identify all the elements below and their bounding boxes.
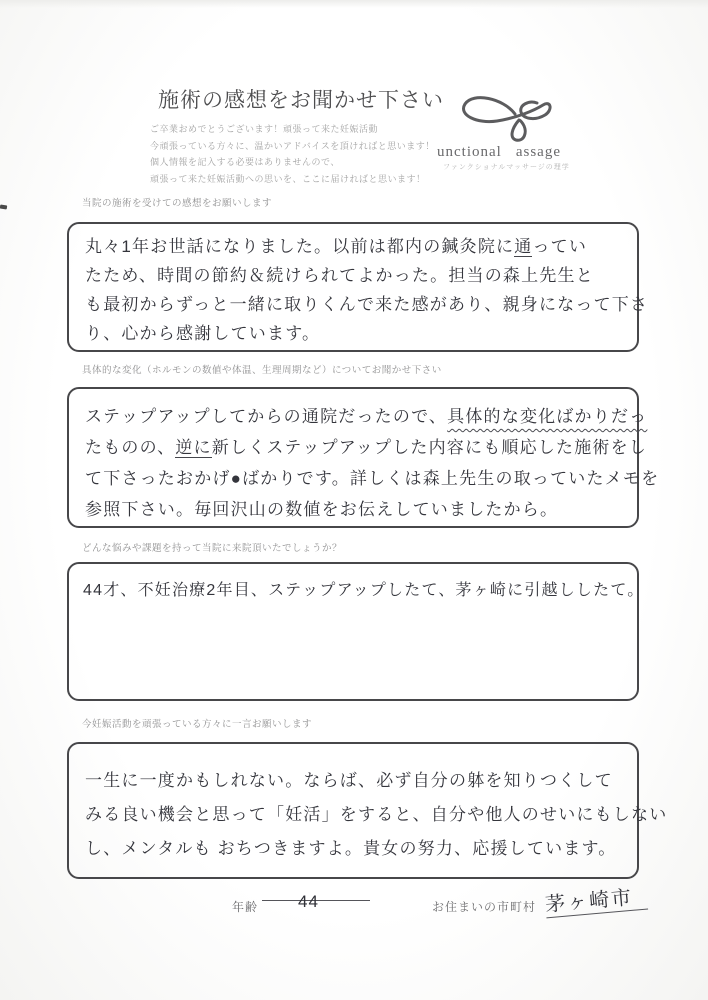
handwritten-line: 一生に一度かもしれない。ならば、必ず自分の躰を知りつくして	[85, 764, 621, 798]
handwritten-line: 44才、不妊治療2年目、ステップアップしたて、茅ヶ崎に引越ししたて。	[83, 576, 623, 606]
intro-line: 頑張って来た妊娠活動への思いを、ここに届ければと思います！	[150, 171, 440, 188]
answer-box-3: 44才、不妊治療2年目、ステップアップしたて、茅ヶ崎に引越ししたて。	[67, 562, 639, 701]
clinic-name-part: assage	[516, 144, 561, 160]
city-label: お住まいの市町村	[432, 898, 536, 915]
question-4-label: 今妊娠活動を頑張っている方々に一言お願いします	[82, 716, 602, 730]
handwritten-line: し、メンタルも おちつきますよ。貴女の努力、応援しています。	[85, 832, 621, 866]
handwritten-line: たため、時間の節約＆続けられてよかった。担当の森上先生と	[85, 261, 621, 290]
answer-box-4: 一生に一度かもしれない。ならば、必ず自分の躰を知りつくして みる良い機会と思って…	[67, 742, 639, 879]
handwritten-line: ステップアップしてからの通院だったので、具体的な変化ばかりだっ	[85, 401, 621, 432]
question-3-label: どんな悩みや課題を持って当院に来院頂いたでしょうか？	[82, 540, 602, 554]
clinic-name: unctionalassage	[437, 144, 617, 161]
question-1-label: 当院の施術を受けての感想をお願いします	[82, 195, 602, 209]
scan-edge-shadow	[0, 0, 708, 8]
form-title: 施術の感想をお聞かせ下さい	[158, 84, 458, 114]
age-label: 年齢	[232, 898, 258, 915]
answer-box-2: ステップアップしてからの通院だったので、具体的な変化ばかりだっ たものの、逆に新…	[67, 387, 639, 528]
intro-line: ご卒業おめでとうございます！頑張って来た妊娠活動	[150, 121, 440, 138]
clinic-logo: unctionalassage ファンクショナルマッサージの理学	[437, 90, 617, 172]
scan-artifact-mark	[0, 205, 7, 210]
scanned-feedback-form: 施術の感想をお聞かせ下さい ご卒業おめでとうございます！頑張って来た妊娠活動 今…	[0, 0, 708, 1000]
handwritten-line: 丸々1年お世話になりました。以前は都内の鍼灸院に通ってい	[85, 232, 621, 261]
clinic-tagline: ファンクショナルマッサージの理学	[443, 162, 617, 172]
handwritten-line: も最初からずっと一緒に取りくんで来た感があり、親身になって下さ	[85, 290, 621, 319]
handwritten-line: たものの、逆に新しくステップアップした内容にも順応した施術をし	[85, 432, 621, 463]
handwritten-line: 参照下さい。毎回沢山の数値をお伝えしていましたから。	[85, 494, 621, 525]
clinic-name-part: unctional	[437, 144, 502, 160]
intro-line: 今頑張っている方々に、温かいアドバイスを頂ければと思います！	[150, 138, 440, 155]
city-value: 茅ヶ崎市	[544, 880, 648, 918]
handwritten-line: て下さったおかげ●ばかりです。詳しくは森上先生の取っていたメモを	[85, 463, 621, 494]
ribbon-logo-icon	[455, 90, 565, 142]
city-field: 茅ヶ崎市	[544, 880, 648, 919]
age-value: 44	[298, 892, 319, 912]
handwritten-line: り、心から感謝しています。	[85, 319, 621, 348]
wavy-underlined-text: 具体的な変化ばかりだっ	[447, 407, 647, 426]
handwritten-line: みる良い機会と思って「妊活」をすると、自分や他人のせいにもしない	[85, 798, 621, 832]
answer-box-1: 丸々1年お世話になりました。以前は都内の鍼灸院に通ってい たため、時間の節約＆続…	[67, 222, 639, 352]
intro-line: 個人情報を記入する必要はありませんので、	[150, 154, 440, 171]
question-2-label: 具体的な変化（ホルモンの数値や体温、生理周期など）についてお聞かせ下さい	[82, 362, 602, 376]
intro-text: ご卒業おめでとうございます！頑張って来た妊娠活動 今頑張っている方々に、温かいア…	[150, 121, 440, 187]
